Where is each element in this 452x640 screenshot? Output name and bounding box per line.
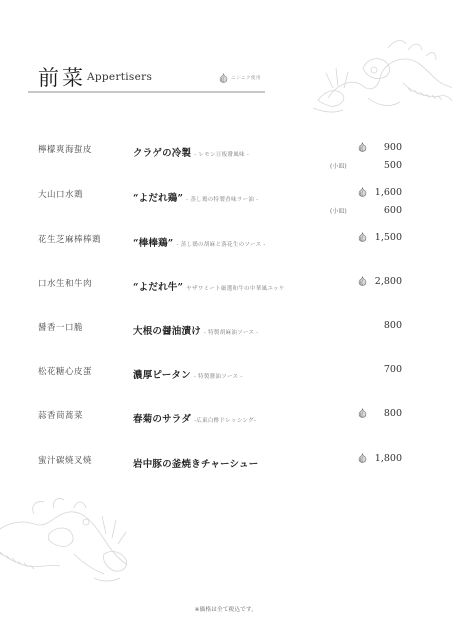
section-title-jp: 前菜 [38,62,86,92]
garlic-legend: ニンニク使用 [219,73,261,83]
menu-item: 蒜香茼蒿菜 春菊のサラダ-広東白酢ドレッシング- 800 [0,406,452,422]
item-chinese-name: 醤香一口脆 [38,321,83,333]
garlic-icon [358,453,367,463]
item-chinese-name: 松花糖心皮蛋 [38,365,92,377]
item-dish-name: 岩中豚の釜焼きチャーシュー [133,459,258,470]
small-plate-price: 500 [384,160,402,171]
section-header: 前菜 Appertisers ニンニク使用 [30,62,266,90]
item-dish-name: 春菊のサラダ [133,414,191,425]
item-chinese-name: 口水生和牛肉 [38,277,92,289]
item-chinese-name: 蜜汁碳焼叉焼 [38,454,92,466]
item-price: 700 [384,364,402,375]
item-chinese-name: 大山口水鶏 [38,188,83,200]
menu-item: 花生芝麻棒棒鶏 “棒棒鶏”- 蒸し鶏の胡麻と落花生のソース - 1,500 [0,230,452,246]
item-dish-name: “よだれ牛” [133,282,183,293]
item-chinese-name: 花生芝麻棒棒鶏 [38,233,101,245]
item-price: 900 [384,142,402,153]
menu-item: 檸檬爽海蜇皮 クラゲの冷製- レモン豆板醤風味 - 900 [0,140,452,156]
menu-item-small-plate: (小皿) 500 [0,158,452,174]
item-dish: 岩中豚の釜焼きチャーシュー [133,452,261,471]
garlic-icon [219,73,228,83]
item-dish-name: 大根の醤油漬け [133,326,201,337]
item-price: 800 [384,408,402,419]
garlic-icon [358,232,367,242]
item-price: 800 [384,320,402,331]
item-price: 1,500 [375,232,402,243]
item-chinese-name: 檸檬爽海蜇皮 [38,143,92,155]
dragon-illustration-top [308,28,452,123]
item-description: - 特製胡麻油ソース - [204,330,259,336]
item-dish: 濃厚ピータン- 特製醤油ソース - [133,363,243,382]
item-price: 1,600 [375,187,402,198]
menu-item: 口水生和牛肉 “よだれ牛”ヤザワミート厳選和牛の中華風ユッケ 2,800 [0,274,452,290]
item-price: 1,800 [375,453,402,464]
menu-item: 大山口水鶏 “よだれ鶏”- 蒸し鶏の特製香味ラー油 - 1,600 [0,185,452,201]
item-dish: 大根の醤油漬け- 特製胡麻油ソース - [133,319,258,338]
item-price: 2,800 [375,276,402,287]
section-title-en: Appertisers [87,71,152,83]
item-dish: 春菊のサラダ-広東白酢ドレッシング- [133,407,256,426]
item-description: ヤザワミート厳選和牛の中華風ユッケ [186,286,285,292]
small-plate-price: 600 [384,205,402,216]
garlic-legend-label: ニンニク使用 [231,75,261,81]
menu-item: 松花糖心皮蛋 濃厚ピータン- 特製醤油ソース - 700 [0,362,452,378]
item-dish-name: “棒棒鶏” [133,238,173,249]
garlic-icon [358,276,367,286]
item-chinese-name: 蒜香茼蒿菜 [38,409,83,421]
item-description: -広東白酢ドレッシング- [194,418,256,424]
menu-item-small-plate: (小皿) 600 [0,203,452,219]
menu-page: 前菜 Appertisers ニンニク使用 檸檬爽海蜇皮 クラゲの冷製- レモン… [0,0,452,640]
small-plate-label: (小皿) [330,161,347,170]
menu-item: 蜜汁碳焼叉焼 岩中豚の釜焼きチャーシュー 1,800 [0,451,452,467]
item-dish: “よだれ牛”ヤザワミート厳選和牛の中華風ユッケ [133,275,285,294]
item-dish-name: 濃厚ピータン [133,370,191,381]
garlic-icon [358,142,367,152]
item-description: - 特製醤油ソース - [194,374,243,380]
item-dish: “棒棒鶏”- 蒸し鶏の胡麻と落花生のソース - [133,231,266,250]
small-plate-label: (小皿) [330,206,347,215]
item-description: - 蒸し鶏の胡麻と落花生のソース - [176,242,265,248]
dragon-illustration-bottom [0,494,134,589]
tax-note: ※価格は全て税込です。 [0,605,452,613]
garlic-icon [358,187,367,197]
header-divider [28,91,265,93]
menu-item: 醤香一口脆 大根の醤油漬け- 特製胡麻油ソース - 800 [0,318,452,334]
garlic-icon [358,408,367,418]
